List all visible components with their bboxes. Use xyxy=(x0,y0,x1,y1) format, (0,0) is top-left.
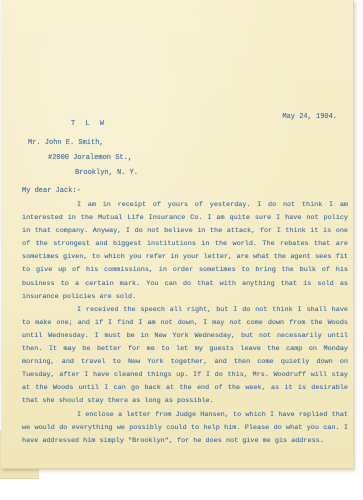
paragraph: I received the speech all right, but I d… xyxy=(22,304,348,409)
paragraph: I enclose a letter from Judge Hansen, to… xyxy=(22,409,348,448)
recipient-name: Mr. John E. Smith, xyxy=(28,139,104,147)
paragraph: I am in receipt of yours of yesterday. I… xyxy=(22,199,348,304)
scanned-letter: T L W May 24, 1904. Mr. John E. Smith, #… xyxy=(0,0,363,500)
recipient-city: Brooklyn, N. Y. xyxy=(75,169,138,177)
letter-date: May 24, 1904. xyxy=(282,113,337,121)
typist-initials: T L W xyxy=(71,120,107,128)
letter-body: I am in receipt of yours of yesterday. I… xyxy=(22,199,348,448)
salutation: My dear Jack:- xyxy=(22,187,81,195)
letter-page: T L W May 24, 1904. Mr. John E. Smith, #… xyxy=(1,0,354,469)
recipient-street: #2000 Joralemon St., xyxy=(48,154,132,162)
